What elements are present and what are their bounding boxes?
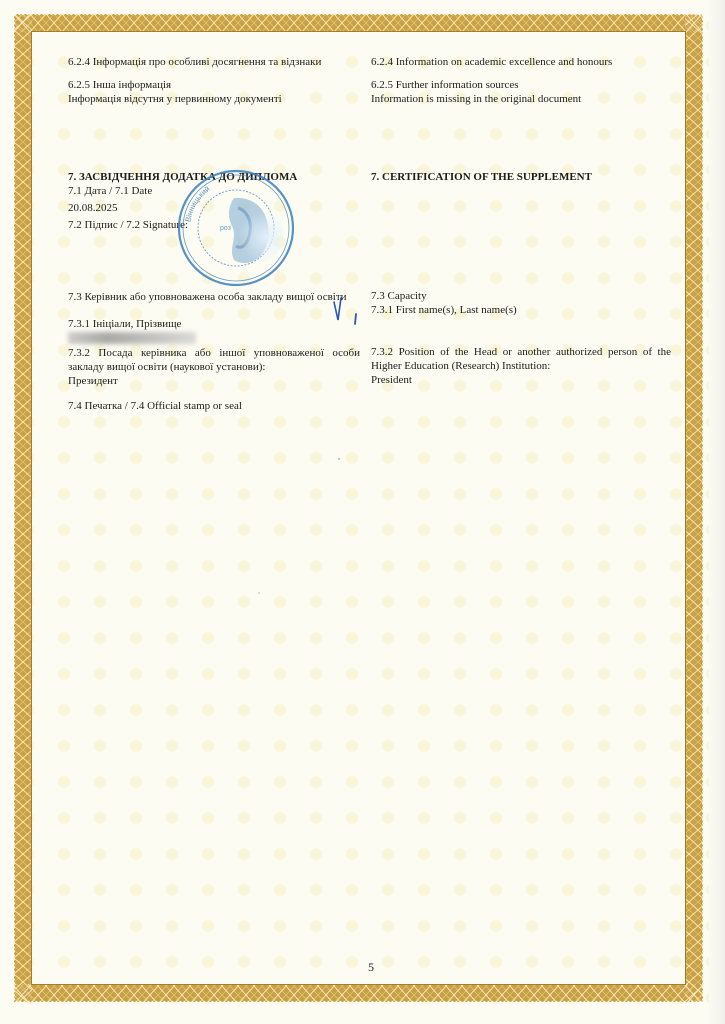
item-6-2-5-value-uk: Інформація відсутня у первинному докумен…: [68, 92, 282, 106]
name-label-uk: 7.3.1 Ініціали, Прізвище: [68, 317, 181, 331]
page-number: 5: [368, 960, 374, 975]
redacted-name: [68, 332, 196, 344]
position-label-uk: 7.3.2 Посада керівника або іншої уповнов…: [68, 346, 360, 374]
position-label-en: 7.3.2 Position of the Head or another au…: [371, 345, 671, 373]
date-value: 20.08.2025: [68, 201, 118, 215]
capacity-label-uk: 7.3 Керівник або уповноважена особа закл…: [68, 290, 360, 304]
position-value-uk: Президент: [68, 374, 118, 388]
capacity-label-en: 7.3 Capacity: [371, 289, 427, 303]
section-7-heading-en: 7. CERTIFICATION OF THE SUPPLEMENT: [371, 170, 592, 184]
scan-speck: [338, 458, 340, 460]
item-6-2-5-title-uk: 6.2.5 Інша інформація: [68, 78, 171, 92]
section-7-heading-uk: 7. ЗАСВІДЧЕННЯ ДОДАТКА ДО ДИПЛОМА: [68, 170, 297, 184]
signature-label: 7.2 Підпис / 7.2 Signature:: [68, 218, 188, 232]
item-6-2-4-uk: 6.2.4 Інформація про особливі досягнення…: [68, 55, 321, 69]
date-label: 7.1 Дата / 7.1 Date: [68, 184, 152, 198]
stamp-label: 7.4 Печатка / 7.4 Official stamp or seal: [68, 399, 242, 413]
item-6-2-5-value-en: Information is missing in the original d…: [371, 92, 581, 106]
scan-edge-shadow: [709, 0, 725, 1024]
position-value-en: President: [371, 373, 412, 387]
name-label-en: 7.3.1 First name(s), Last name(s): [371, 303, 517, 317]
scan-speck: [258, 592, 260, 594]
item-6-2-4-en: 6.2.4 Information on academic excellence…: [371, 55, 612, 69]
item-6-2-5-title-en: 6.2.5 Further information sources: [371, 78, 519, 92]
